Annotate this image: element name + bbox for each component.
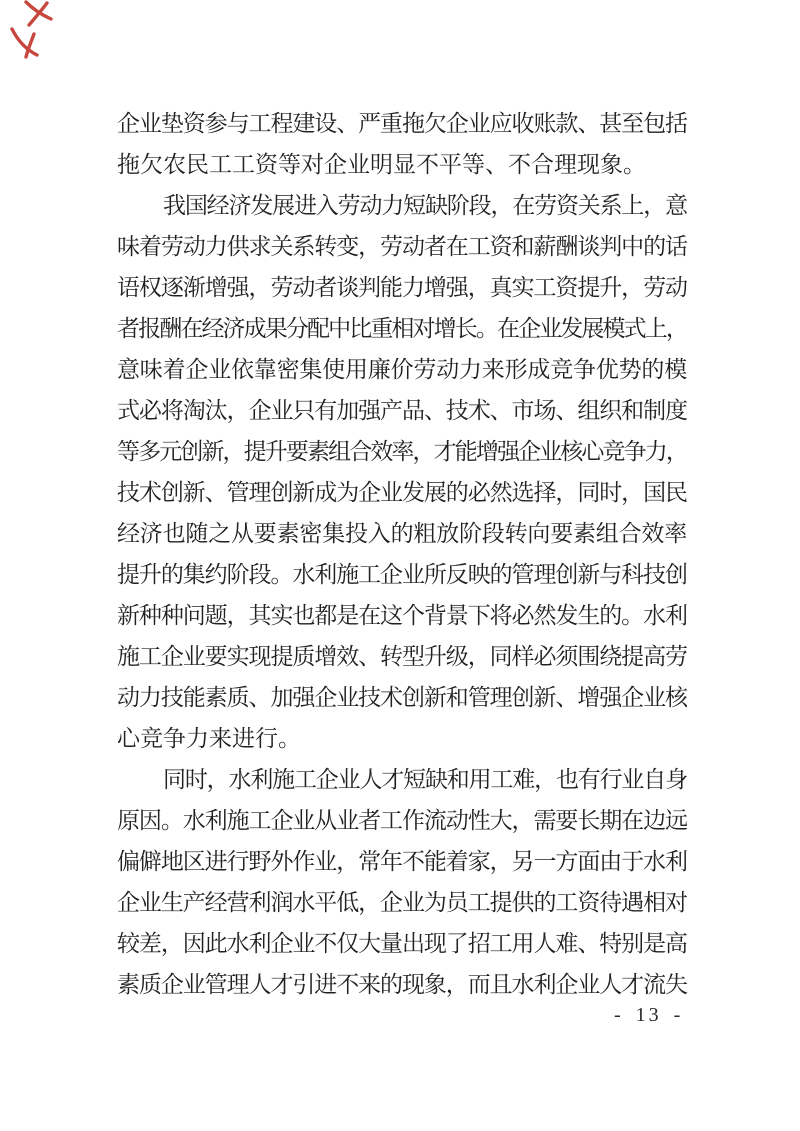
- text-line: 素质企业管理人才引进不来的现象，而且水利企业人才流失: [117, 964, 687, 1005]
- text-line: 同时，水利施工企业人才短缺和用工难，也有行业自身: [117, 759, 687, 800]
- text-line: 新种种问题，其实也都是在这个背景下将必然发生的。水利: [117, 595, 687, 636]
- text-line: 我国经济发展进入劳动力短缺阶段，在劳资关系上，意: [117, 185, 687, 226]
- text-line: 企业生产经营利润水平低，企业为员工提供的工资待遇相对: [117, 882, 687, 923]
- text-line: 者报酬在经济成果分配中比重相对增长。在企业发展模式上，: [117, 308, 687, 349]
- text-line: 较差，因此水利企业不仅大量出现了招工用人难、特别是高: [117, 923, 687, 964]
- text-line: 提升的集约阶段。水利施工企业所反映的管理创新与科技创: [117, 554, 687, 595]
- page-number: - 13 -: [614, 1002, 683, 1028]
- text-line: 原因。水利施工企业从业者工作流动性大，需要长期在边远: [117, 800, 687, 841]
- text-line: 意味着企业依靠密集使用廉价劳动力来形成竞争优势的模: [117, 349, 687, 390]
- text-line: 式必将淘汰，企业只有加强产品、技术、市场、组织和制度: [117, 390, 687, 431]
- text-line: 企业垫资参与工程建设、严重拖欠企业应收账款、甚至包括: [117, 103, 687, 144]
- document-page: 企业垫资参与工程建设、严重拖欠企业应收账款、甚至包括拖欠农民工工资等对企业明显不…: [0, 0, 800, 1131]
- text-line: 等多元创新，提升要素组合效率，才能增强企业核心竞争力，: [117, 431, 687, 472]
- text-line: 经济也随之从要素密集投入的粗放阶段转向要素组合效率: [117, 513, 687, 554]
- text-line: 施工企业要实现提质增效、转型升级，同样必须围绕提高劳: [117, 636, 687, 677]
- text-block: 企业垫资参与工程建设、严重拖欠企业应收账款、甚至包括拖欠农民工工资等对企业明显不…: [117, 103, 687, 1005]
- text-line: 拖欠农民工工资等对企业明显不平等、不合理现象。: [117, 144, 687, 185]
- text-line: 技术创新、管理创新成为企业发展的必然选择，同时，国民: [117, 472, 687, 513]
- red-ink-strokes: [12, 2, 51, 57]
- text-line: 味着劳动力供求关系转变，劳动者在工资和薪酬谈判中的话: [117, 226, 687, 267]
- text-line: 动力技能素质、加强企业技术创新和管理创新、增强企业核: [117, 677, 687, 718]
- text-line: 偏僻地区进行野外作业，常年不能着家，另一方面由于水利: [117, 841, 687, 882]
- text-line: 语权逐渐增强，劳动者谈判能力增强，真实工资提升，劳动: [117, 267, 687, 308]
- text-line: 心竞争力来进行。: [117, 718, 687, 759]
- red-ink-annotation: [4, 0, 66, 66]
